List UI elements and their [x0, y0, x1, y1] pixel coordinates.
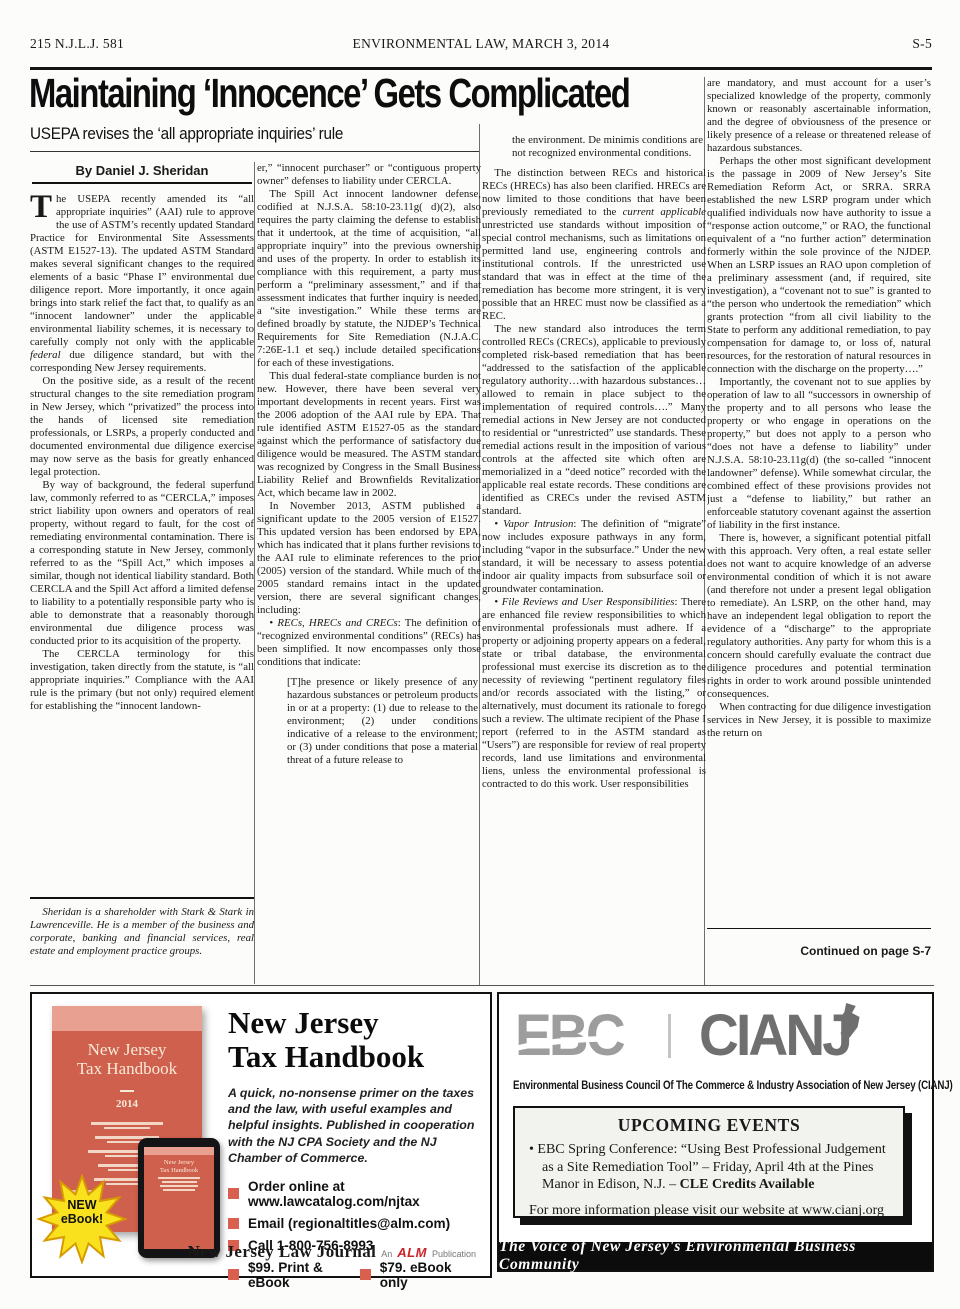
paragraph: • RECs, HRECs and CRECs: The definition …	[257, 617, 481, 669]
title-line: NEW	[36, 1198, 128, 1212]
mini-cover-line	[158, 1177, 200, 1179]
text-segment: Email (regionaltitles@alm.com)	[248, 1216, 450, 1231]
paragraph: The CERCLA terminology for this investig…	[30, 648, 254, 713]
text-segment: : There are enhanced file review respons…	[482, 596, 706, 790]
paragraph: • File Reviews and User Responsibilities…	[482, 596, 706, 791]
article-column-1: By Daniel J. SheridanThe USEPA recently …	[30, 162, 254, 984]
ad-tagline: Environmental Business Council Of The Co…	[513, 1078, 953, 1092]
title-line: New Jersey	[144, 1159, 214, 1167]
paragraph: er,” “innocent purchaser” or “contiguous…	[257, 162, 481, 188]
order-option: $99. Print & eBook	[228, 1260, 342, 1290]
logo-divider	[668, 1014, 671, 1058]
paragraph: The Spill Act innocent landowner defense…	[257, 188, 481, 370]
cianj-logo: CIANJ	[699, 1007, 850, 1065]
ad-title: New JerseyTax Handbook	[228, 1006, 478, 1074]
alm-an: An	[381, 1249, 392, 1259]
text-segment: $99. Print & eBook	[248, 1260, 323, 1290]
block-quote: [T]he presence or likely presence of any…	[287, 676, 478, 767]
red-square-icon	[228, 1218, 239, 1229]
order-options: Order online at www.lawcatalog.com/njtax…	[228, 1179, 478, 1290]
text-segment: The CERCLA terminology for this investig…	[30, 648, 254, 712]
order-option-text: $79. eBook only	[380, 1260, 460, 1290]
ebc-logo: EBC	[515, 1007, 623, 1065]
mini-cover-title: New JerseyTax Handbook	[144, 1159, 214, 1175]
text-segment: The Spill Act innocent landowner defense…	[257, 188, 481, 369]
author-bio: Sheridan is a shareholder with Stark & S…	[30, 897, 254, 958]
paragraph: The distinction between RECs and histori…	[482, 167, 706, 323]
alm-logo: ALM	[397, 1245, 427, 1260]
paragraph: When contracting for due diligence inves…	[707, 701, 931, 740]
paragraph: By way of background, the federal superf…	[30, 479, 254, 648]
masthead: 215 N.J.L.J. 581 ENVIRONMENTAL LAW, MARC…	[30, 36, 932, 56]
tablet-screen: New JerseyTax Handbook	[144, 1147, 214, 1249]
section-title: ENVIRONMENTAL LAW, MARCH 3, 2014	[30, 36, 932, 52]
mini-cover-band	[144, 1147, 214, 1155]
text-segment: he USEPA recently amended its “all appro…	[30, 193, 254, 348]
text-segment: By way of background, the federal superf…	[30, 479, 254, 647]
text-segment: Vapor Intrusion	[503, 518, 573, 530]
red-square-icon	[228, 1188, 239, 1199]
text-segment: •	[494, 518, 503, 530]
text-segment: federal	[30, 349, 61, 361]
red-square-icon	[360, 1269, 371, 1280]
order-option-text: Email (regionaltitles@alm.com)	[248, 1216, 450, 1231]
text-segment: are mandatory, and must account for a us…	[707, 77, 931, 154]
ad-copy: New JerseyTax Handbook A quick, no-nonse…	[228, 1006, 478, 1264]
alm-publication: Publication	[432, 1249, 476, 1259]
order-option[interactable]: Email (regionaltitles@alm.com)	[228, 1216, 450, 1231]
text-segment: The new standard also introduces the ter…	[482, 323, 706, 517]
logo-row: EBC CIANJ	[515, 1006, 916, 1066]
text-segment: For more information please visit our we…	[529, 1203, 802, 1218]
mini-cover-line	[163, 1189, 195, 1191]
block-quote: the environment. De minimis conditions a…	[512, 134, 703, 160]
red-square-icon	[228, 1269, 239, 1280]
text-segment: File Reviews and User Responsibilities	[502, 596, 675, 608]
text-segment: •	[494, 596, 501, 608]
paragraph: This dual federal-state compliance burde…	[257, 370, 481, 500]
paragraph: On the positive side, as a result of the…	[30, 375, 254, 479]
paragraph: are mandatory, and must account for a us…	[707, 77, 931, 155]
text-segment: unrestricted use standards without impos…	[482, 219, 706, 322]
cianj-letters: CIANJ	[699, 1003, 850, 1068]
text-segment: due diligence standard, but with the cor…	[30, 349, 254, 374]
paragraph: • Vapor Intrusion: The definition of “mi…	[482, 518, 706, 596]
page-number: S-5	[912, 36, 932, 52]
nj-law-journal-logo: New Jersey Law Journal	[188, 1242, 377, 1262]
title-line: Tax Handbook	[52, 1059, 202, 1078]
text-segment: CLE Credits Available	[680, 1177, 815, 1192]
drop-cap: T	[30, 193, 56, 220]
paragraph: The new standard also introduces the ter…	[482, 323, 706, 518]
text-segment: There is, however, a significant potenti…	[707, 532, 931, 700]
text-segment: www.lawcatalog.com/njtax	[248, 1194, 420, 1209]
text-segment: RECs, HRECs and CRECs	[277, 617, 397, 629]
ebc-swoosh-icon	[511, 1031, 654, 1053]
cover-author-line	[104, 1127, 150, 1129]
title-line: Tax Handbook	[228, 1040, 478, 1074]
order-option: $79. eBook only	[360, 1260, 460, 1290]
order-option-row[interactable]: Order online at www.lawcatalog.com/njtax	[228, 1179, 478, 1209]
new-ebook-label: NEWeBook!	[36, 1198, 128, 1227]
order-option-text: Order online at www.lawcatalog.com/njtax	[248, 1179, 460, 1209]
ebc-cianj-ad: EBC CIANJ Environmental Business Council…	[497, 992, 934, 1272]
text-segment: [T]he presence or likely presence of any…	[287, 676, 478, 766]
article-column-2: er,” “innocent purchaser” or “contiguous…	[257, 162, 481, 985]
title-line: eBook!	[36, 1212, 128, 1226]
text-segment: On the positive side, as a result of the…	[30, 375, 254, 478]
paragraph: Perhaps the other most significant devel…	[707, 155, 931, 376]
paragraph: In November 2013, ASTM published a signi…	[257, 500, 481, 617]
event-item: • EBC Spring Conference: “Using Best Pro…	[529, 1141, 889, 1194]
cover-author-line	[91, 1122, 163, 1125]
article-footer-rule	[30, 985, 934, 986]
upcoming-events-box: UPCOMING EVENTS • EBC Spring Conference:…	[513, 1106, 905, 1218]
continued-notice: Continued on page S-7	[707, 928, 931, 958]
bio-paragraph: Sheridan is a shareholder with Stark & S…	[30, 906, 254, 958]
title-line: New Jersey	[228, 1006, 478, 1040]
book-cover-composite: New JerseyTax Handbook 2014 New JerseyTa…	[42, 1004, 220, 1264]
tagline-bar: The Voice of New Jersey's Environmental …	[499, 1242, 932, 1270]
article-column-3: the environment. De minimis conditions a…	[482, 127, 706, 985]
text-segment: In November 2013, ASTM published a signi…	[257, 500, 481, 616]
order-option-row[interactable]: Email (regionaltitles@alm.com)	[228, 1216, 478, 1231]
cover-top-band	[52, 1006, 202, 1031]
text-segment: When contracting for due diligence inves…	[707, 701, 931, 739]
byline: By Daniel J. Sheridan	[32, 164, 252, 184]
nj-state-icon	[837, 1003, 862, 1043]
new-ebook-starburst: NEWeBook!	[36, 1174, 128, 1264]
mini-cover-line	[160, 1185, 199, 1187]
cover-title: New JerseyTax Handbook	[52, 1040, 202, 1078]
title-line: New Jersey	[52, 1040, 202, 1059]
headline: Maintaining ‘Innocence’ Gets Complicated	[29, 70, 629, 117]
text-segment: er,” “innocent purchaser” or “contiguous…	[257, 162, 481, 187]
ebook-tablet: New JerseyTax Handbook	[138, 1138, 220, 1258]
text-segment: Sheridan is a shareholder with Stark & S…	[30, 906, 254, 957]
ad-description: A quick, no-nonsense primer on the taxes…	[228, 1085, 478, 1166]
mini-cover-line	[162, 1181, 197, 1183]
title-line: Tax Handbook	[144, 1167, 214, 1175]
subhead-rule	[30, 151, 480, 152]
text-segment: Importantly, the covenant not to sue app…	[707, 376, 931, 531]
order-option-text: $99. Print & eBook	[248, 1260, 342, 1290]
text-segment: current applicable	[623, 206, 706, 218]
paragraph: Importantly, the covenant not to sue app…	[707, 376, 931, 532]
text-segment: Perhaps the other most significant devel…	[707, 155, 931, 375]
text-segment: $79. eBook only	[380, 1260, 452, 1290]
text-segment: Order online at	[248, 1179, 345, 1194]
link-text[interactable]: www.cianj.org	[802, 1203, 884, 1218]
order-option[interactable]: Order online at www.lawcatalog.com/njtax	[228, 1179, 460, 1209]
article-column-4: are mandatory, and must account for a us…	[707, 77, 931, 962]
events-info: For more information please visit our we…	[529, 1203, 889, 1219]
events-heading: UPCOMING EVENTS	[529, 1115, 889, 1136]
tax-handbook-ad: New JerseyTax Handbook 2014 New JerseyTa…	[30, 992, 492, 1278]
text-segment: This dual federal-state compliance burde…	[257, 370, 481, 499]
column-divider	[254, 162, 255, 984]
subhead: USEPA revises the ‘all appropriate inqui…	[30, 124, 343, 144]
text-segment: the environment. De minimis conditions a…	[512, 134, 703, 159]
paragraph: There is, however, a significant potenti…	[707, 532, 931, 701]
order-option-row: $99. Print & eBook$79. eBook only	[228, 1260, 478, 1290]
cover-year: 2014	[52, 1098, 202, 1110]
cover-dash	[120, 1090, 134, 1092]
paragraph: The USEPA recently amended its “all appr…	[30, 193, 254, 375]
publisher-footer: New Jersey Law Journal An ALM Publicatio…	[188, 1242, 476, 1262]
